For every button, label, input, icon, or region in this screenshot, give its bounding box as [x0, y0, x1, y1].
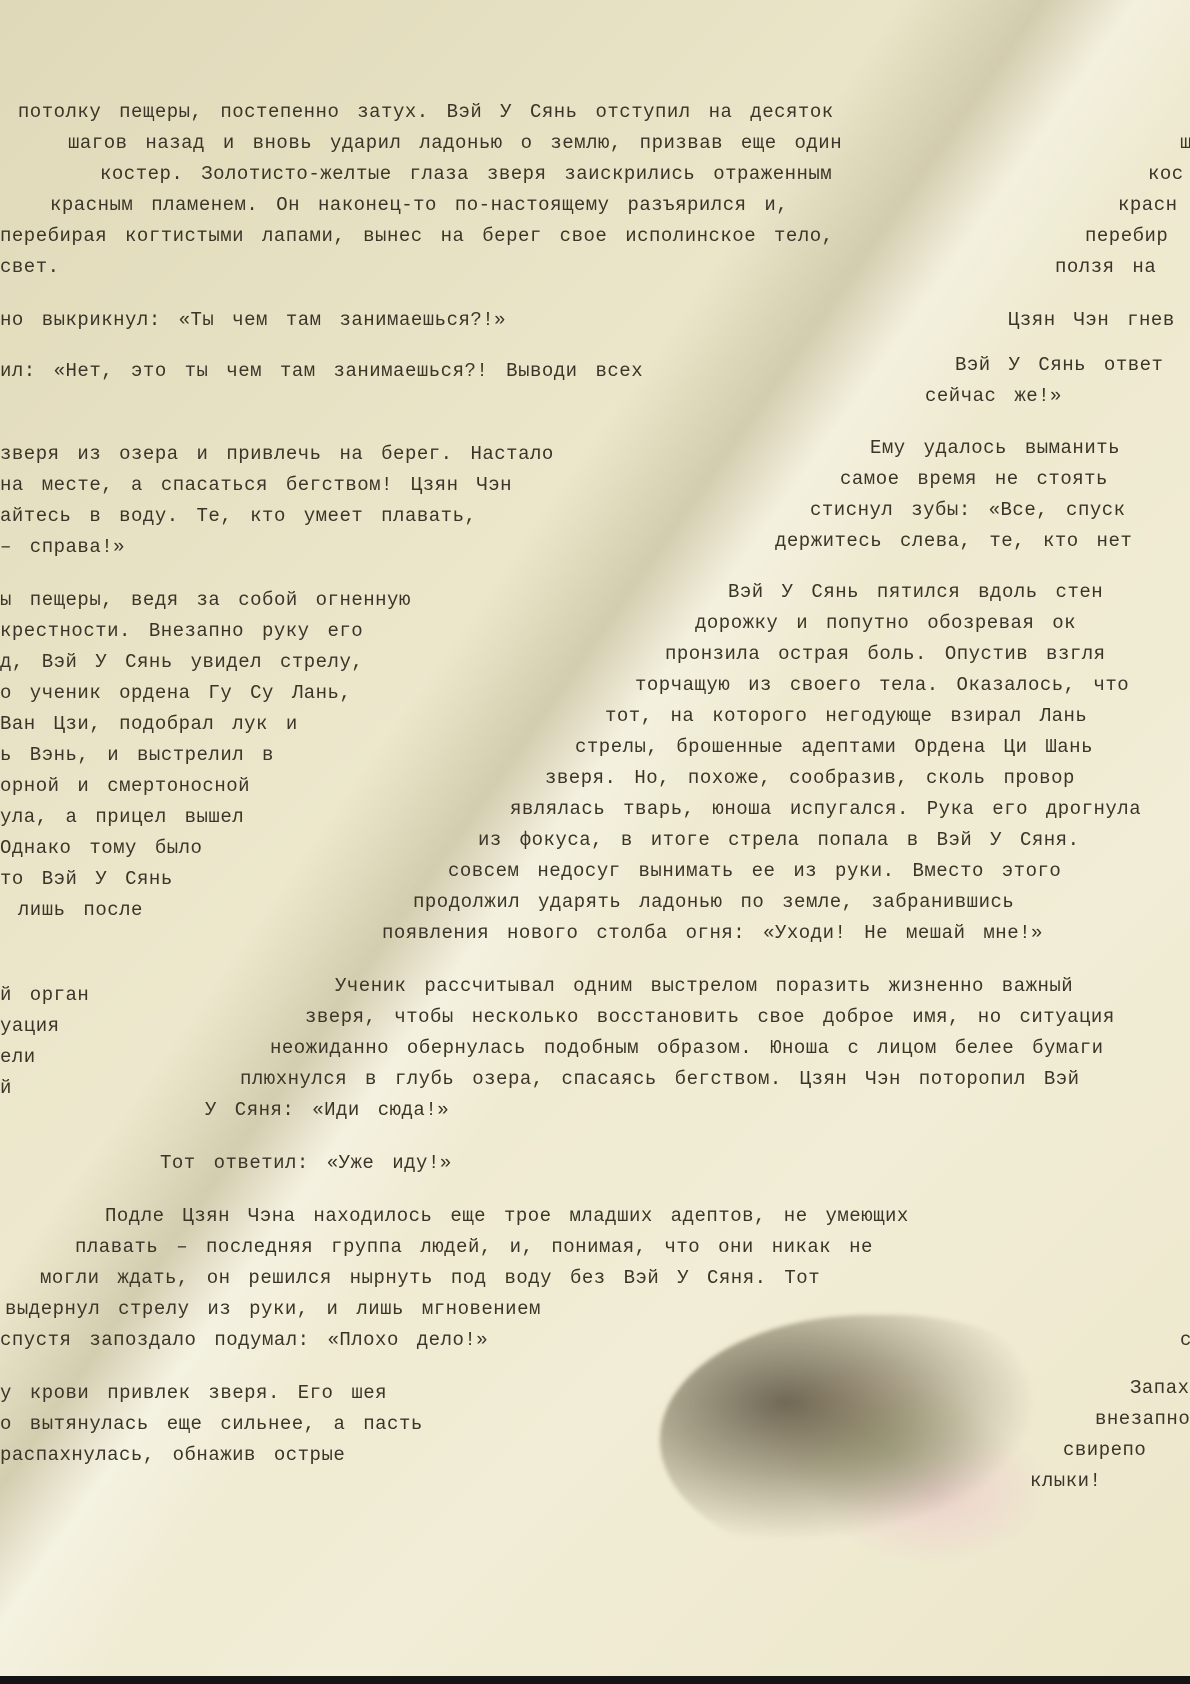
text-line: перебирая когтистыми лапами, вынес на бе…: [0, 224, 834, 248]
text-line: ш: [1180, 131, 1190, 155]
text-line: о ученик ордена Гу Су Лань,: [0, 681, 351, 705]
text-line: айтесь в воду. Те, кто умеет плавать,: [0, 504, 476, 528]
text-line: о вытянулась еще сильнее, а пасть: [0, 1412, 423, 1436]
text-line: с: [1180, 1328, 1190, 1352]
text-line: перебир: [1085, 224, 1168, 248]
text-line: плавать – последняя группа людей, и, пон…: [75, 1235, 873, 1259]
text-line: й: [0, 1076, 12, 1100]
text-line: Тот ответил: «Уже иду!»: [160, 1151, 452, 1175]
text-line: свирепо: [1063, 1438, 1146, 1462]
text-line: Вэй У Сянь ответ: [955, 353, 1163, 377]
text-line: дорожку и попутно обозревая ок: [695, 611, 1076, 635]
text-line: красн: [1118, 193, 1178, 217]
text-line: Ван Цзи, подобрал лук и: [0, 712, 298, 736]
text-line: распахнулась, обнажив острые: [0, 1443, 345, 1467]
text-line: зверя из озера и привлечь на берег. Наст…: [0, 442, 554, 466]
text-line: то Вэй У Сянь: [0, 867, 173, 891]
text-line: орной и смертоносной: [0, 774, 250, 798]
text-line: костер. Золотисто-желтые глаза зверя заи…: [100, 162, 832, 186]
text-line: д, Вэй У Сянь увидел стрелу,: [0, 650, 363, 674]
text-line: спустя запоздало подумал: «Плохо дело!»: [0, 1328, 488, 1352]
text-line: потолку пещеры, постепенно затух. Вэй У …: [0, 100, 834, 124]
text-line: – справа!»: [0, 535, 125, 559]
text-line: но выкрикнул: «Ты чем там занимаешься?!»: [0, 308, 506, 332]
text-line: плюхнулся в глубь озера, спасаясь бегств…: [240, 1067, 1080, 1091]
text-line: являлась тварь, юноша испугался. Рука ег…: [510, 797, 1141, 821]
bottom-border: [0, 1676, 1190, 1684]
text-line: могли ждать, он решился нырнуть под воду…: [40, 1266, 820, 1290]
text-line: сейчас же!»: [925, 384, 1062, 408]
text-line: стрелы, брошенные адептами Ордена Ци Шан…: [575, 735, 1093, 759]
text-line: Запах: [1130, 1376, 1190, 1400]
text-line: Ему удалось выманить: [870, 436, 1120, 460]
text-line: Подле Цзян Чэна находилось еще трое млад…: [105, 1204, 909, 1228]
text-line: ь Вэнь, и выстрелил в: [0, 743, 274, 767]
text-line: й орган: [0, 983, 89, 1007]
text-line: клыки!: [1030, 1469, 1101, 1493]
character-illustration: [660, 1315, 1080, 1565]
text-line: Цзян Чэн гнев: [1008, 308, 1175, 332]
text-line: ы пещеры, ведя за собой огненную: [0, 588, 411, 612]
text-line: пронзила острая боль. Опустив взгля: [665, 642, 1106, 666]
text-line: зверя, чтобы несколько восстановить свое…: [305, 1005, 1115, 1029]
text-line: шагов назад и вновь ударил ладонью о зем…: [68, 131, 842, 155]
text-line: уация: [0, 1014, 60, 1038]
text-line: выдернул стрелу из руки, и лишь мгновени…: [5, 1297, 541, 1321]
text-line: ели: [0, 1045, 36, 1069]
text-line: Вэй У Сянь пятился вдоль стен: [728, 580, 1103, 604]
text-line: ползя на: [1055, 255, 1156, 279]
text-line: самое время не стоять: [840, 467, 1108, 491]
text-line: появления нового столба огня: «Уходи! Не…: [382, 921, 1043, 945]
text-line: лишь после: [0, 898, 143, 922]
text-line: ула, а прицел вышел: [0, 805, 244, 829]
text-line: совсем недосуг вынимать ее из руки. Вмес…: [448, 859, 1061, 883]
text-line: внезапно: [1095, 1407, 1190, 1431]
text-line: У Сяня: «Иди сюда!»: [205, 1098, 449, 1122]
text-line: зверя. Но, похоже, сообразив, сколь пров…: [545, 766, 1075, 790]
text-line: на месте, а спасаться бегством! Цзян Чэн: [0, 473, 512, 497]
text-line: тот, на которого негодующе взирал Лань: [605, 704, 1087, 728]
text-line: держитесь слева, те, кто нет: [775, 529, 1132, 553]
text-line: крестности. Внезапно руку его: [0, 619, 363, 643]
text-line: торчащую из своего тела. Оказалось, что: [635, 673, 1129, 697]
text-line: у крови привлек зверя. Его шея: [0, 1381, 387, 1405]
text-line: неожиданно обернулась подобным образом. …: [270, 1036, 1104, 1060]
text-line: из фокуса, в итоге стрела попала в Вэй У…: [478, 828, 1080, 852]
text-line: продолжил ударять ладонью по земле, забр…: [413, 890, 1014, 914]
text-line: Однако тому было: [0, 836, 202, 860]
text-line: стиснул зубы: «Все, спуск: [810, 498, 1126, 522]
text-line: ил: «Нет, это ты чем там занимаешься?! В…: [0, 359, 643, 383]
text-line: кос: [1148, 162, 1184, 186]
text-line: красным пламенем. Он наконец-то по-насто…: [50, 193, 788, 217]
text-line: свет.: [0, 255, 60, 279]
text-line: Ученик рассчитывал одним выстрелом пораз…: [335, 974, 1073, 998]
